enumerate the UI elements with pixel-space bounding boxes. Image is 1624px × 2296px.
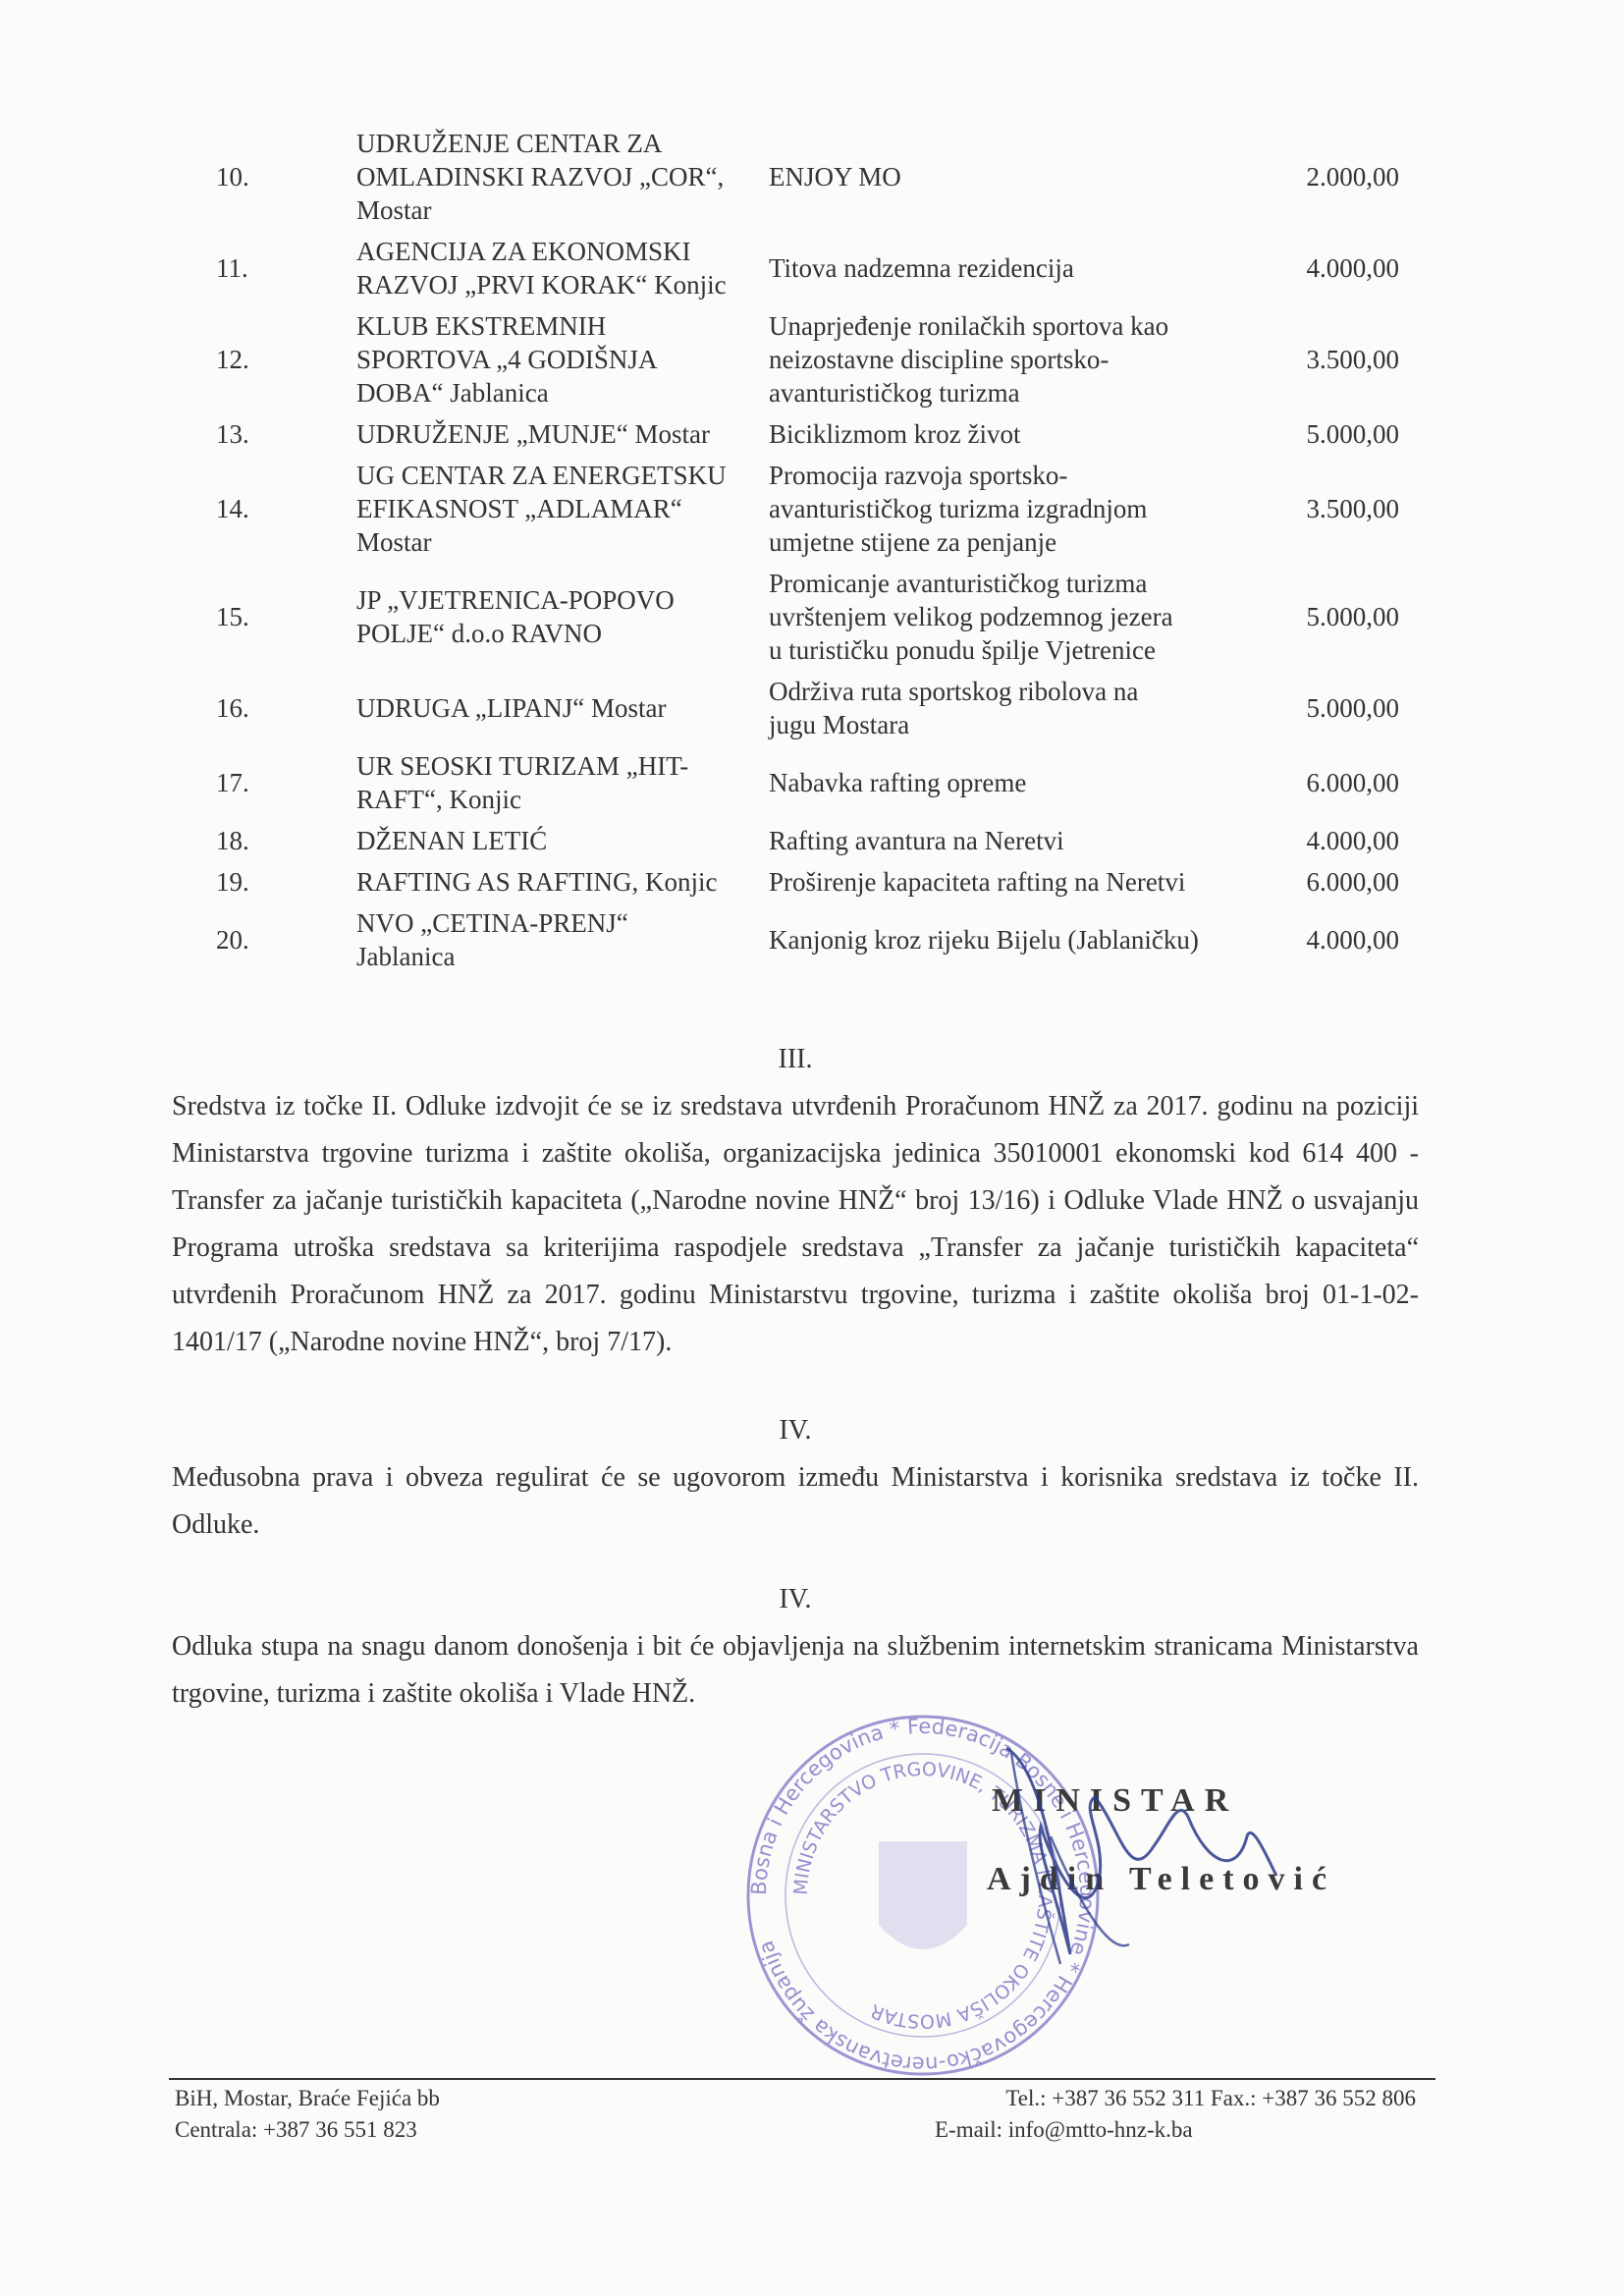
table-row: 14.UG CENTAR ZA ENERGETSKUEFIKASNOST „AD… [172, 455, 1419, 563]
footer-divider [169, 2078, 1435, 2080]
project-name: Nabavka rafting opreme [769, 745, 1260, 820]
row-number: 15. [172, 563, 356, 671]
table-row: 12.KLUB EKSTREMNIHSPORTOVA „4 GODIŠNJADO… [172, 305, 1419, 413]
grant-amount: 5.000,00 [1260, 563, 1419, 671]
table-row: 19.RAFTING AS RAFTING, KonjicProširenje … [172, 861, 1419, 902]
section-title: III. [172, 1036, 1419, 1083]
section-iv: IV. Međusobna prava i obveza regulirat ć… [172, 1407, 1419, 1549]
handwritten-signature [982, 1728, 1306, 1984]
row-number: 13. [172, 413, 356, 455]
beneficiary-name: UDRUŽENJE „MUNJE“ Mostar [356, 413, 769, 455]
row-number: 19. [172, 861, 356, 902]
project-name: Biciklizmom kroz život [769, 413, 1260, 455]
table-row: 18.DŽENAN LETIĆRafting avantura na Neret… [172, 820, 1419, 861]
row-number: 17. [172, 745, 356, 820]
section-text: Međusobna prava i obveza regulirat će se… [172, 1454, 1419, 1549]
row-number: 11. [172, 231, 356, 305]
footer-email: E-mail: info@mtto-hnz-k.ba [935, 2114, 1193, 2146]
beneficiary-name: RAFTING AS RAFTING, Konjic [356, 861, 769, 902]
footer-address: BiH, Mostar, Braće Fejića bb [175, 2083, 440, 2114]
beneficiary-name: UDRUGA „LIPANJ“ Mostar [356, 671, 769, 745]
beneficiary-name: UG CENTAR ZA ENERGETSKUEFIKASNOST „ADLAM… [356, 455, 769, 563]
row-number: 18. [172, 820, 356, 861]
project-name: Titova nadzemna rezidencija [769, 231, 1260, 305]
beneficiary-name: NVO „CETINA-PRENJ“Jablanica [356, 902, 769, 977]
project-name: Promicanje avanturističkog turizmauvršte… [769, 563, 1260, 671]
grant-amount: 6.000,00 [1260, 861, 1419, 902]
grant-amount: 5.000,00 [1260, 671, 1419, 745]
section-text: Sredstva iz točke II. Odluke izdvojit će… [172, 1083, 1419, 1366]
project-name: ENJOY MO [769, 123, 1260, 231]
section-title: IV. [172, 1407, 1419, 1454]
section-text: Odluka stupa na snagu danom donošenja i … [172, 1623, 1419, 1718]
row-number: 10. [172, 123, 356, 231]
beneficiary-name: UDRUŽENJE CENTAR ZAOMLADINSKI RAZVOJ „CO… [356, 123, 769, 231]
document-page: 10.UDRUŽENJE CENTAR ZAOMLADINSKI RAZVOJ … [0, 0, 1624, 2296]
table-row: 16.UDRUGA „LIPANJ“ MostarOdrživa ruta sp… [172, 671, 1419, 745]
table-row: 13.UDRUŽENJE „MUNJE“ MostarBiciklizmom k… [172, 413, 1419, 455]
grant-amount: 6.000,00 [1260, 745, 1419, 820]
beneficiary-name: DŽENAN LETIĆ [356, 820, 769, 861]
row-number: 12. [172, 305, 356, 413]
project-name: Kanjonig kroz rijeku Bijelu (Jablaničku) [769, 902, 1260, 977]
table-row: 10.UDRUŽENJE CENTAR ZAOMLADINSKI RAZVOJ … [172, 123, 1419, 231]
section-title: IV. [172, 1576, 1419, 1623]
row-number: 16. [172, 671, 356, 745]
grants-table: 10.UDRUŽENJE CENTAR ZAOMLADINSKI RAZVOJ … [172, 123, 1419, 977]
row-number: 14. [172, 455, 356, 563]
project-name: Promocija razvoja sportsko-avanturističk… [769, 455, 1260, 563]
beneficiary-name: JP „VJETRENICA-POPOVOPOLJE“ d.o.o RAVNO [356, 563, 769, 671]
table-row: 15.JP „VJETRENICA-POPOVOPOLJE“ d.o.o RAV… [172, 563, 1419, 671]
grant-amount: 5.000,00 [1260, 413, 1419, 455]
beneficiary-name: KLUB EKSTREMNIHSPORTOVA „4 GODIŠNJADOBA“… [356, 305, 769, 413]
beneficiary-name: UR SEOSKI TURIZAM „HIT-RAFT“, Konjic [356, 745, 769, 820]
project-name: Unaprjeđenje ronilačkih sportova kaoneiz… [769, 305, 1260, 413]
project-name: Rafting avantura na Neretvi [769, 820, 1260, 861]
table-row: 20.NVO „CETINA-PRENJ“JablanicaKanjonig k… [172, 902, 1419, 977]
beneficiary-name: AGENCIJA ZA EKONOMSKIRAZVOJ „PRVI KORAK“… [356, 231, 769, 305]
row-number: 20. [172, 902, 356, 977]
footer-central-phone: Centrala: +387 36 551 823 [175, 2114, 417, 2146]
project-name: Proširenje kapaciteta rafting na Neretvi [769, 861, 1260, 902]
grant-amount: 4.000,00 [1260, 820, 1419, 861]
section-iii: III. Sredstva iz točke II. Odluke izdvoj… [172, 1036, 1419, 1366]
grant-amount: 4.000,00 [1260, 902, 1419, 977]
grant-amount: 4.000,00 [1260, 231, 1419, 305]
project-name: Održiva ruta sportskog ribolova najugu M… [769, 671, 1260, 745]
section-iv-2: IV. Odluka stupa na snagu danom donošenj… [172, 1576, 1419, 1718]
footer-phone-fax: Tel.: +387 36 552 311 Fax.: +387 36 552 … [1005, 2083, 1416, 2114]
table-row: 11.AGENCIJA ZA EKONOMSKIRAZVOJ „PRVI KOR… [172, 231, 1419, 305]
grant-amount: 2.000,00 [1260, 123, 1419, 231]
table-row: 17.UR SEOSKI TURIZAM „HIT-RAFT“, KonjicN… [172, 745, 1419, 820]
grant-amount: 3.500,00 [1260, 305, 1419, 413]
grant-amount: 3.500,00 [1260, 455, 1419, 563]
